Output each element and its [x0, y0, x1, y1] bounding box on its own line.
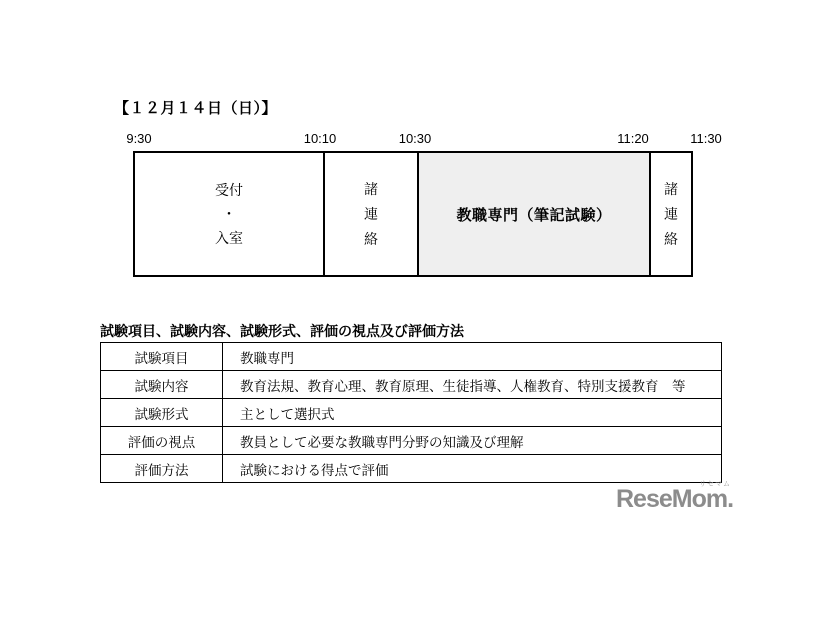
announcements1-char-3: 絡 [364, 227, 378, 252]
announcements1-char-1: 諸 [364, 177, 378, 202]
row-label: 評価の視点 [101, 427, 223, 455]
row-value: 教育法規、教育心理、教育原理、生徒指導、人権教育、特別支援教育 等 [223, 371, 722, 399]
announcements2-char-2: 連 [664, 202, 678, 227]
table-row-exam-content: 試験内容 教育法規、教育心理、教育原理、生徒指導、人権教育、特別支援教育 等 [101, 371, 722, 399]
announcements2-char-1: 諸 [664, 177, 678, 202]
schedule-timeline: 受付 ・ 入室 諸 連 絡 教職専門（筆記試験） 諸 連 絡 [133, 151, 693, 277]
timeline-segment-written-exam: 教職専門（筆記試験） [417, 153, 649, 275]
schedule-document-page: { "page": { "title": "【１２月１４日（日）】" }, "t… [0, 0, 826, 620]
announcements2-char-3: 絡 [664, 227, 678, 252]
row-label: 試験内容 [101, 371, 223, 399]
table-row-exam-subject: 試験項目 教職専門 [101, 343, 722, 371]
row-value: 教員として必要な教職専門分野の知識及び理解 [223, 427, 722, 455]
row-label: 試験形式 [101, 399, 223, 427]
reception-line-3: 入室 [215, 226, 243, 250]
resemom-logo-text: ReseMom. [616, 486, 733, 512]
time-label-1010: 10:10 [304, 131, 337, 147]
timeline-segment-announcements-1: 諸 連 絡 [323, 153, 417, 275]
time-label-930: 9:30 [126, 131, 151, 147]
timeline-segment-announcements-2: 諸 連 絡 [649, 153, 691, 275]
time-label-1030: 10:30 [399, 131, 432, 147]
table-row-evaluation-method: 評価方法 試験における得点で評価 [101, 455, 722, 483]
timeline-segment-reception-entry: 受付 ・ 入室 [135, 153, 323, 275]
resemom-logo: リセマム ReseMom. [616, 481, 738, 515]
reception-line-2: ・ [222, 202, 236, 226]
exam-info-table: 試験項目 教職専門 試験内容 教育法規、教育心理、教育原理、生徒指導、人権教育、… [100, 342, 722, 483]
table-row-exam-format: 試験形式 主として選択式 [101, 399, 722, 427]
exam-table-heading: 試験項目、試験内容、試験形式、評価の視点及び評価方法 [100, 321, 464, 341]
row-value: 教職専門 [223, 343, 722, 371]
table-row-evaluation-viewpoint: 評価の視点 教員として必要な教職専門分野の知識及び理解 [101, 427, 722, 455]
schedule-date-title: 【１２月１４日（日）】 [114, 97, 277, 118]
written-exam-label: 教職専門（筆記試験） [456, 204, 611, 225]
announcements1-char-2: 連 [364, 202, 378, 227]
row-value: 主として選択式 [223, 399, 722, 427]
time-label-1120: 11:20 [617, 131, 649, 147]
time-label-1130: 11:30 [690, 131, 722, 147]
reception-line-1: 受付 [215, 178, 243, 202]
row-label: 試験項目 [101, 343, 223, 371]
row-label: 評価方法 [101, 455, 223, 483]
row-value: 試験における得点で評価 [223, 455, 722, 483]
